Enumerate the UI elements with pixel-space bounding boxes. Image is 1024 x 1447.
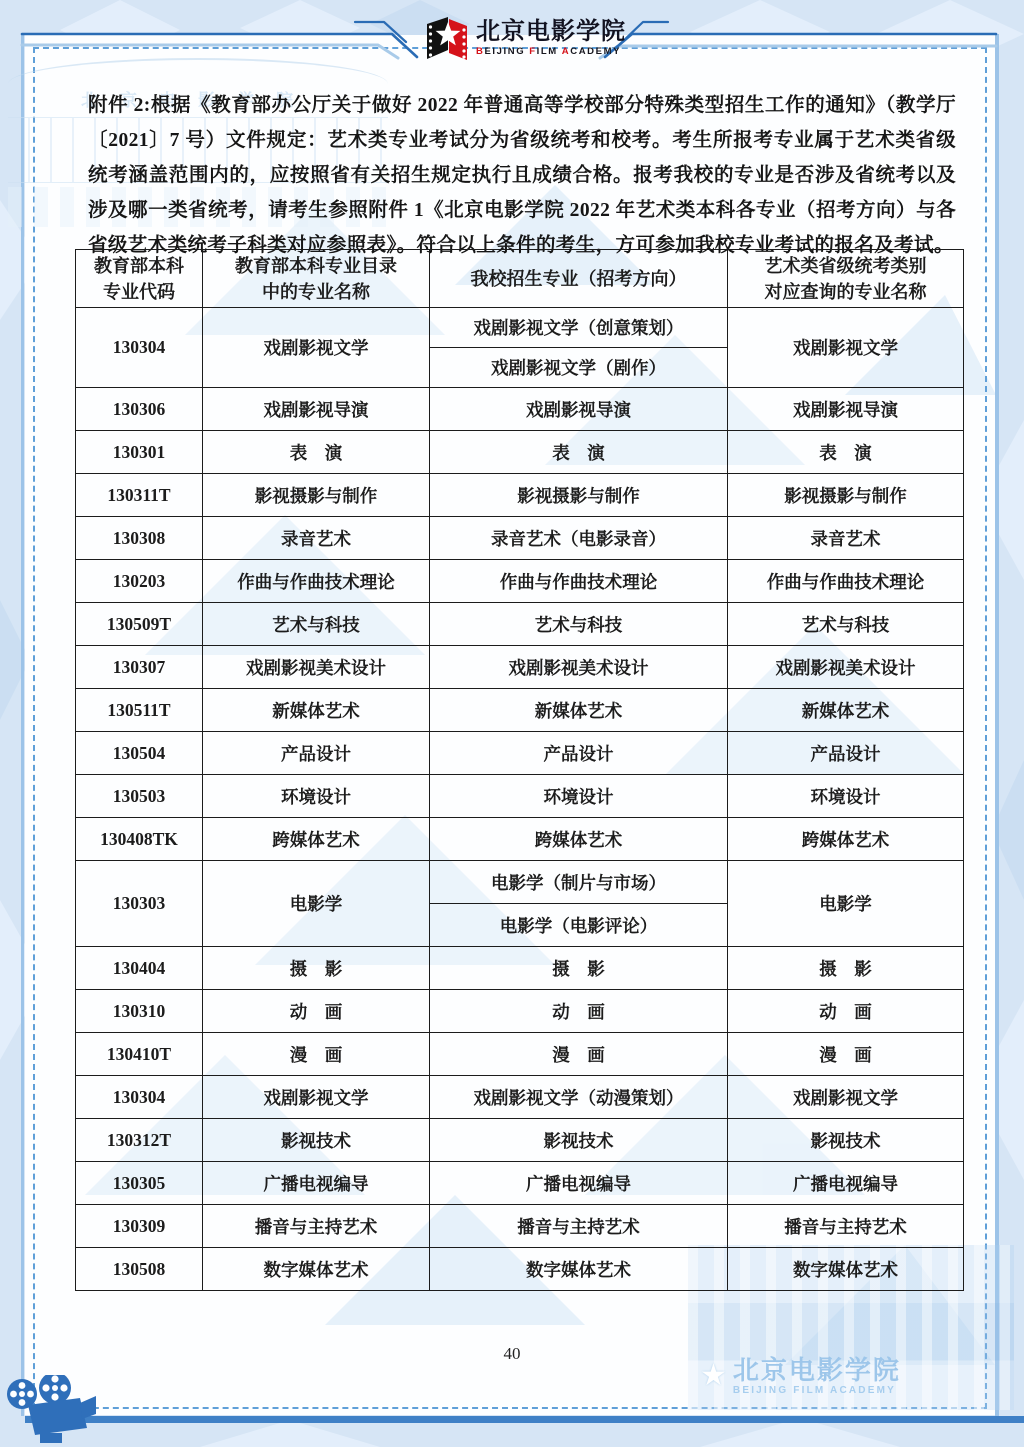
- cell-code: 130301: [76, 431, 203, 474]
- cell-school-major: 产品设计: [430, 732, 728, 775]
- bfa-logo-en: BEIJINGFILMACADEMY: [476, 47, 626, 57]
- cell-unified-exam-name: 产品设计: [728, 732, 964, 775]
- table-row: 130308录音艺术录音艺术（电影录音）录音艺术: [76, 517, 964, 560]
- bfa-logo-en-word: FILM: [529, 47, 558, 57]
- cell-unified-exam-name: 艺术与科技: [728, 603, 964, 646]
- cell-catalog-name: 戏剧影视文学: [203, 1076, 430, 1119]
- cell-code: 130511T: [76, 689, 203, 732]
- cell-code: 130304: [76, 308, 203, 388]
- table-row: 130304戏剧影视文学戏剧影视文学（动漫策划）戏剧影视文学: [76, 1076, 964, 1119]
- cell-unified-exam-name: 新媒体艺术: [728, 689, 964, 732]
- cell-unified-exam-name: 环境设计: [728, 775, 964, 818]
- cell-code: 130307: [76, 646, 203, 689]
- cell-catalog-name: 播音与主持艺术: [203, 1205, 430, 1248]
- table-row: 130509T艺术与科技艺术与科技艺术与科技: [76, 603, 964, 646]
- cell-unified-exam-name: 戏剧影视文学: [728, 308, 964, 388]
- cell-unified-exam-name: 影视摄影与制作: [728, 474, 964, 517]
- cell-catalog-name: 摄 影: [203, 947, 430, 990]
- cell-school-major: 戏剧影视文学（动漫策划）: [430, 1076, 728, 1119]
- cell-code: 130509T: [76, 603, 203, 646]
- cell-catalog-name: 产品设计: [203, 732, 430, 775]
- cell-catalog-name: 影视摄影与制作: [203, 474, 430, 517]
- cell-unified-exam-name: 动 画: [728, 990, 964, 1033]
- cell-catalog-name: 戏剧影视文学: [203, 308, 430, 388]
- cell-school-major: 戏剧影视导演: [430, 388, 728, 431]
- cell-code: 130309: [76, 1205, 203, 1248]
- cell-code: 130504: [76, 732, 203, 775]
- cell-school-major: 表 演: [430, 431, 728, 474]
- frame-bottom-bar: [25, 1416, 1024, 1423]
- cell-school-major: 摄 影: [430, 947, 728, 990]
- cell-catalog-name: 数字媒体艺术: [203, 1248, 430, 1291]
- frame-right-line: [995, 34, 999, 1416]
- table-row: 130312T影视技术影视技术影视技术: [76, 1119, 964, 1162]
- cell-catalog-name: 广播电视编导: [203, 1162, 430, 1205]
- table-row: 130408TK跨媒体艺术跨媒体艺术跨媒体艺术: [76, 818, 964, 861]
- cell-school-major: 漫 画: [430, 1033, 728, 1076]
- cell-unified-exam-name: 表 演: [728, 431, 964, 474]
- cell-unified-exam-name: 漫 画: [728, 1033, 964, 1076]
- cell-code: 130306: [76, 388, 203, 431]
- cell-unified-exam-name: 电影学: [728, 861, 964, 947]
- bfa-logo-mark-icon: [424, 14, 470, 62]
- cell-code: 130404: [76, 947, 203, 990]
- cell-school-major: 数字媒体艺术: [430, 1248, 728, 1291]
- bfa-logo-en-word: ACADEMY: [562, 47, 621, 57]
- cell-code: 130304: [76, 1076, 203, 1119]
- bfa-logo-cn: 北京电影学院: [476, 20, 626, 44]
- table-row: 130307戏剧影视美术设计戏剧影视美术设计戏剧影视美术设计: [76, 646, 964, 689]
- cell-school-major: 戏剧影视文学（剧作）: [430, 348, 728, 388]
- bfa-logo-en-word: BEIJING: [476, 47, 525, 57]
- cell-catalog-name: 环境设计: [203, 775, 430, 818]
- table-row: 130508数字媒体艺术数字媒体艺术数字媒体艺术: [76, 1248, 964, 1291]
- cell-school-major: 电影学（制片与市场）: [430, 861, 728, 904]
- cell-catalog-name: 跨媒体艺术: [203, 818, 430, 861]
- cell-code: 130308: [76, 517, 203, 560]
- bfa-logo: 北京电影学院 BEIJINGFILMACADEMY: [424, 14, 634, 62]
- table-row: 130309播音与主持艺术播音与主持艺术播音与主持艺术: [76, 1205, 964, 1248]
- cell-code: 130503: [76, 775, 203, 818]
- table-row: 130203作曲与作曲技术理论作曲与作曲技术理论作曲与作曲技术理论: [76, 560, 964, 603]
- cell-unified-exam-name: 影视技术: [728, 1119, 964, 1162]
- cell-unified-exam-name: 戏剧影视美术设计: [728, 646, 964, 689]
- cell-school-major: 跨媒体艺术: [430, 818, 728, 861]
- cell-unified-exam-name: 作曲与作曲技术理论: [728, 560, 964, 603]
- cell-code: 130203: [76, 560, 203, 603]
- majors-table: 教育部本科 专业代码 教育部本科专业目录 中的专业名称 我校招生专业（招考方向）…: [75, 249, 964, 1291]
- cell-school-major: 广播电视编导: [430, 1162, 728, 1205]
- cell-catalog-name: 表 演: [203, 431, 430, 474]
- attachment-intro-paragraph: 附件 2:根据《教育部办公厅关于做好 2022 年普通高等学校部分特殊类型招生工…: [88, 88, 956, 263]
- cell-school-major: 影视技术: [430, 1119, 728, 1162]
- cell-code: 130410T: [76, 1033, 203, 1076]
- cell-code: 130311T: [76, 474, 203, 517]
- table-row: 130306戏剧影视导演戏剧影视导演戏剧影视导演: [76, 388, 964, 431]
- cell-school-major: 录音艺术（电影录音）: [430, 517, 728, 560]
- cell-school-major: 新媒体艺术: [430, 689, 728, 732]
- cell-catalog-name: 新媒体艺术: [203, 689, 430, 732]
- cell-unified-exam-name: 数字媒体艺术: [728, 1248, 964, 1291]
- cell-school-major: 戏剧影视文学（创意策划）: [430, 308, 728, 348]
- cell-school-major: 电影学（电影评论）: [430, 904, 728, 947]
- cell-school-major: 艺术与科技: [430, 603, 728, 646]
- cell-school-major: 播音与主持艺术: [430, 1205, 728, 1248]
- cell-unified-exam-name: 戏剧影视导演: [728, 388, 964, 431]
- header-code: 教育部本科 专业代码: [76, 250, 203, 308]
- page-number: 40: [0, 1344, 1024, 1364]
- cell-catalog-name: 电影学: [203, 861, 430, 947]
- cell-catalog-name: 影视技术: [203, 1119, 430, 1162]
- cell-catalog-name: 漫 画: [203, 1033, 430, 1076]
- cell-code: 130310: [76, 990, 203, 1033]
- table-row: 130503环境设计环境设计环境设计: [76, 775, 964, 818]
- cell-catalog-name: 录音艺术: [203, 517, 430, 560]
- header-unified-exam: 艺术类省级统考类别 对应查询的专业名称: [728, 250, 964, 308]
- cell-unified-exam-name: 广播电视编导: [728, 1162, 964, 1205]
- cell-unified-exam-name: 戏剧影视文学: [728, 1076, 964, 1119]
- cell-unified-exam-name: 跨媒体艺术: [728, 818, 964, 861]
- cell-catalog-name: 戏剧影视导演: [203, 388, 430, 431]
- cell-code: 130508: [76, 1248, 203, 1291]
- cell-unified-exam-name: 摄 影: [728, 947, 964, 990]
- header-school-majors: 我校招生专业（招考方向）: [430, 250, 728, 308]
- header-row: 教育部本科 专业代码 教育部本科专业目录 中的专业名称 我校招生专业（招考方向）…: [76, 250, 964, 308]
- cell-catalog-name: 戏剧影视美术设计: [203, 646, 430, 689]
- table-row: 130303电影学电影学（制片与市场）电影学: [76, 861, 964, 904]
- cell-school-major: 影视摄影与制作: [430, 474, 728, 517]
- cell-school-major: 作曲与作曲技术理论: [430, 560, 728, 603]
- film-projector-icon: [0, 1375, 100, 1447]
- cell-catalog-name: 艺术与科技: [203, 603, 430, 646]
- table-row: 130404摄 影摄 影摄 影: [76, 947, 964, 990]
- cell-code: 130303: [76, 861, 203, 947]
- cell-catalog-name: 动 画: [203, 990, 430, 1033]
- cell-school-major: 戏剧影视美术设计: [430, 646, 728, 689]
- majors-table-body: 130304戏剧影视文学戏剧影视文学（创意策划）戏剧影视文学戏剧影视文学（剧作）…: [76, 308, 964, 1291]
- table-row: 130311T影视摄影与制作影视摄影与制作影视摄影与制作: [76, 474, 964, 517]
- table-row: 130410T漫 画漫 画漫 画: [76, 1033, 964, 1076]
- cell-unified-exam-name: 播音与主持艺术: [728, 1205, 964, 1248]
- table-row: 130310动 画动 画动 画: [76, 990, 964, 1033]
- table-row: 130305广播电视编导广播电视编导广播电视编导: [76, 1162, 964, 1205]
- cell-code: 130305: [76, 1162, 203, 1205]
- document-page: { "page": { "number": "40" }, "logo": { …: [0, 0, 1024, 1447]
- cell-code: 130312T: [76, 1119, 203, 1162]
- cell-school-major: 环境设计: [430, 775, 728, 818]
- cell-school-major: 动 画: [430, 990, 728, 1033]
- cell-code: 130408TK: [76, 818, 203, 861]
- cell-catalog-name: 作曲与作曲技术理论: [203, 560, 430, 603]
- table-row: 130304戏剧影视文学戏剧影视文学（创意策划）戏剧影视文学: [76, 308, 964, 348]
- cell-unified-exam-name: 录音艺术: [728, 517, 964, 560]
- table-row: 130511T新媒体艺术新媒体艺术新媒体艺术: [76, 689, 964, 732]
- majors-table-head: 教育部本科 专业代码 教育部本科专业目录 中的专业名称 我校招生专业（招考方向）…: [76, 250, 964, 308]
- table-row: 130301表 演表 演表 演: [76, 431, 964, 474]
- table-row: 130504产品设计产品设计产品设计: [76, 732, 964, 775]
- frame-left-line: [21, 34, 24, 1416]
- header-catalog-name: 教育部本科专业目录 中的专业名称: [203, 250, 430, 308]
